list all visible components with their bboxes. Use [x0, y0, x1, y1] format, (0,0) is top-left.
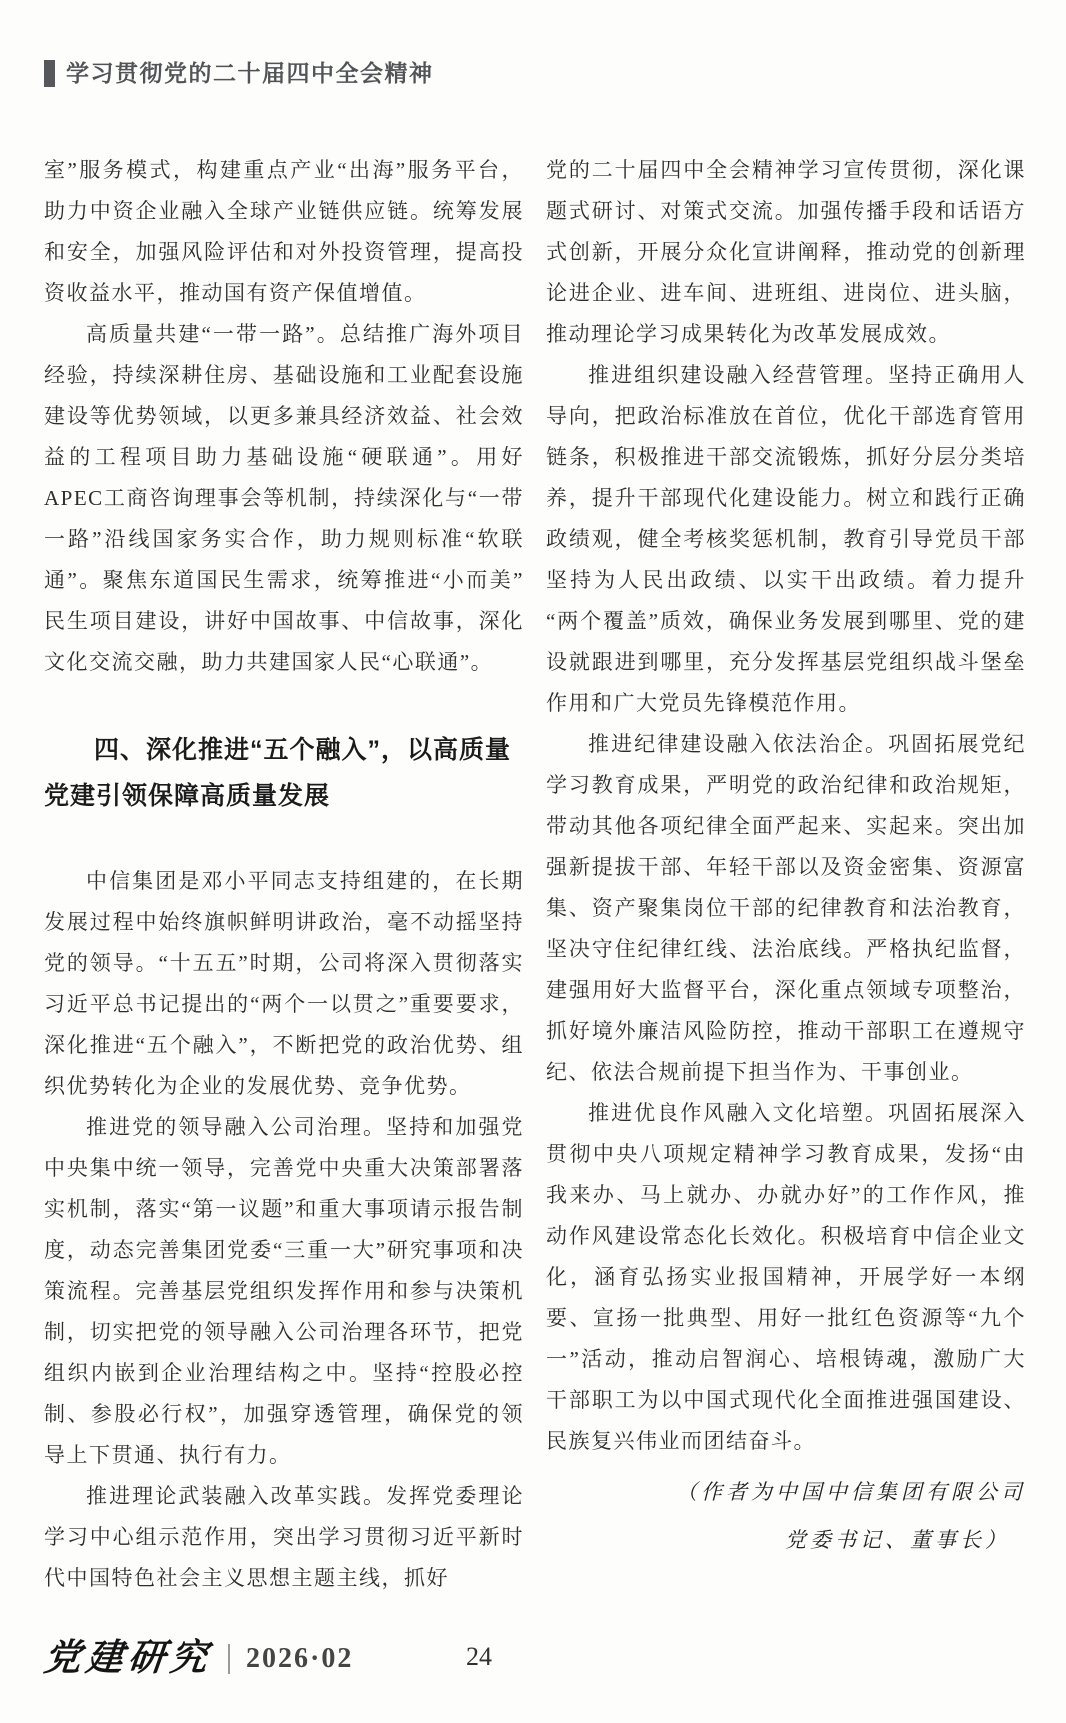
- magazine-page: 学习贯彻党的二十届四中全会精神 室”服务模式，构建重点产业“出海”服务平台，助力…: [0, 0, 1066, 1723]
- paragraph: 中信集团是邓小平同志支持组建的，在长期发展过程中始终旗帜鲜明讲政治，毫不动摇坚持…: [44, 861, 524, 1107]
- page-header: 学习贯彻党的二十届四中全会精神: [44, 60, 434, 87]
- paragraph: 推进纪律建设融入依法治企。巩固拓展党纪学习教育成果，严明党的政治纪律和政治规矩，…: [546, 724, 1026, 1093]
- paragraph: 推进理论武装融入改革实践。发挥党委理论学习中心组示范作用，突出学习贯彻习近平新时…: [44, 1476, 524, 1599]
- paragraph: 推进优良作风融入文化培塑。巩固拓展深入贯彻中央八项规定精神学习教育成果，发扬“由…: [546, 1093, 1026, 1462]
- page-number: 24: [449, 1644, 509, 1670]
- paragraph-continuation: 党的二十届四中全会精神学习宣传贯彻，深化课题式研讨、对策式交流。加强传播手段和话…: [546, 150, 1026, 355]
- author-attribution-line2: 党委书记、董事长）: [546, 1516, 1026, 1564]
- article-body: 室”服务模式，构建重点产业“出海”服务平台，助力中资企业融入全球产业链供应链。统…: [44, 150, 1026, 1599]
- paragraph-continuation: 室”服务模式，构建重点产业“出海”服务平台，助力中资企业融入全球产业链供应链。统…: [44, 150, 524, 314]
- paragraph: 推进组织建设融入经营管理。坚持正确用人导向，把政治标准放在首位，优化干部选育管用…: [546, 355, 1026, 724]
- journal-imprint: 党建研究 2026·02: [44, 1640, 353, 1677]
- paragraph: 推进党的领导融入公司治理。坚持和加强党中央集中统一领导，完善党中央重大决策部署落…: [44, 1107, 524, 1476]
- issue-number: 2026·02: [246, 1645, 353, 1673]
- section-heading: 四、深化推进“五个融入”，以高质量党建引领保障高质量发展: [44, 727, 524, 819]
- page-footer: 党建研究 2026·02 24: [44, 1640, 1022, 1700]
- left-column: 室”服务模式，构建重点产业“出海”服务平台，助力中资企业融入全球产业链供应链。统…: [44, 150, 524, 1599]
- header-accent-bar-icon: [44, 60, 55, 87]
- paragraph: 高质量共建“一带一路”。总结推广海外项目经验，持续深耕住房、基础设施和工业配套设…: [44, 314, 524, 683]
- column-category-title: 学习贯彻党的二十届四中全会精神: [66, 62, 434, 85]
- right-column: 党的二十届四中全会精神学习宣传贯彻，深化课题式研讨、对策式交流。加强传播手段和话…: [546, 150, 1026, 1599]
- author-attribution-line1: （作者为中国中信集团有限公司: [546, 1468, 1026, 1516]
- journal-logo: 党建研究: [42, 1640, 214, 1677]
- footer-divider: [228, 1644, 230, 1674]
